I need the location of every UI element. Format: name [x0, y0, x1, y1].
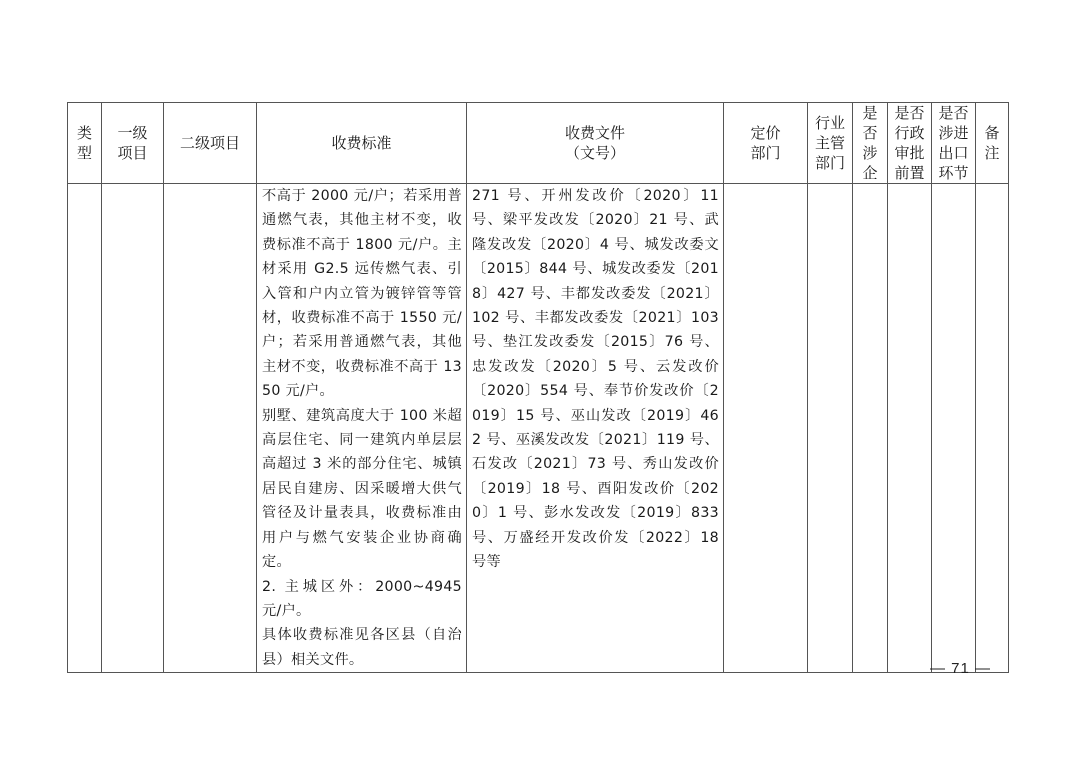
header-line: 注 — [976, 143, 1008, 163]
header-document: 收费文件（文号） — [467, 103, 724, 184]
cell-admin-approval — [888, 184, 932, 673]
header-row: 类型一级项目二级项目收费标准收费文件（文号）定价部门行业主管部门是否涉企是否行政… — [68, 103, 1009, 184]
header-line: 一级 — [102, 123, 163, 143]
header-admin-approval: 是否行政审批前置 — [888, 103, 932, 184]
header-line: 行业 — [808, 113, 852, 133]
cell-import-export — [932, 184, 976, 673]
header-involves-enterprise: 是否涉企 — [853, 103, 888, 184]
header-line: 收费文件 — [467, 123, 723, 143]
header-line: 是否 — [888, 103, 931, 123]
standard-para-3: 2. 主城区外：2000~4945 元/户。 — [262, 575, 462, 624]
page-number: — 71 — — [930, 660, 991, 677]
header-line: 主管 — [808, 133, 852, 153]
header-line: 行政 — [888, 123, 931, 143]
cell-level1 — [102, 184, 164, 673]
header-pricing-dept: 定价部门 — [724, 103, 808, 184]
header-line: 出口 — [932, 143, 975, 163]
standard-text: 不高于 2000 元/户；若采用普通燃气表，其他主材不变，收费标准不高于 180… — [257, 184, 466, 672]
cell-level2 — [164, 184, 257, 673]
header-line: 项目 — [102, 143, 163, 163]
header-line: 是否 — [932, 103, 975, 123]
cell-pricing-dept — [724, 184, 808, 673]
header-line: 型 — [68, 143, 101, 163]
header-line: 收费标准 — [257, 133, 466, 153]
cell-standard: 不高于 2000 元/户；若采用普通燃气表，其他主材不变，收费标准不高于 180… — [257, 184, 467, 673]
standard-para-4: 具体收费标准见各区县（自治县）相关文件。 — [262, 623, 462, 672]
header-line: 环节 — [932, 163, 975, 183]
header-line: 定价 — [724, 123, 807, 143]
table-row: 不高于 2000 元/户；若采用普通燃气表，其他主材不变，收费标准不高于 180… — [68, 184, 1009, 673]
header-line: 涉 — [853, 143, 887, 163]
header-remarks: 备注 — [976, 103, 1009, 184]
header-standard: 收费标准 — [257, 103, 467, 184]
header-industry-dept: 行业主管部门 — [808, 103, 853, 184]
header-line: 审批 — [888, 143, 931, 163]
header-line: 涉进 — [932, 123, 975, 143]
cell-involves-enterprise — [853, 184, 888, 673]
header-type: 类型 — [68, 103, 102, 184]
header-line: 部门 — [724, 143, 807, 163]
cell-remarks — [976, 184, 1009, 673]
header-line: 类 — [68, 123, 101, 143]
header-level2: 二级项目 — [164, 103, 257, 184]
cell-document: 271 号、开州发改价〔2020〕11 号、梁平发改发〔2020〕21 号、武隆… — [467, 184, 724, 673]
header-line: 二级项目 — [164, 133, 256, 153]
header-line: 备 — [976, 123, 1008, 143]
header-line: 部门 — [808, 153, 852, 173]
cell-type — [68, 184, 102, 673]
cell-industry-dept — [808, 184, 853, 673]
header-line: 是 — [853, 103, 887, 123]
fee-table: 类型一级项目二级项目收费标准收费文件（文号）定价部门行业主管部门是否涉企是否行政… — [67, 102, 1009, 673]
document-text: 271 号、开州发改价〔2020〕11 号、梁平发改发〔2020〕21 号、武隆… — [467, 184, 723, 575]
standard-para-1: 不高于 2000 元/户；若采用普通燃气表，其他主材不变，收费标准不高于 180… — [262, 184, 462, 404]
header-import-export: 是否涉进出口环节 — [932, 103, 976, 184]
header-line: 企 — [853, 163, 887, 183]
header-line: （文号） — [467, 143, 723, 163]
header-line: 前置 — [888, 163, 931, 183]
header-line: 否 — [853, 123, 887, 143]
standard-para-2: 别墅、建筑高度大于 100 米超高层住宅、同一建筑内单层层高超过 3 米的部分住… — [262, 404, 462, 575]
header-level1: 一级项目 — [102, 103, 164, 184]
